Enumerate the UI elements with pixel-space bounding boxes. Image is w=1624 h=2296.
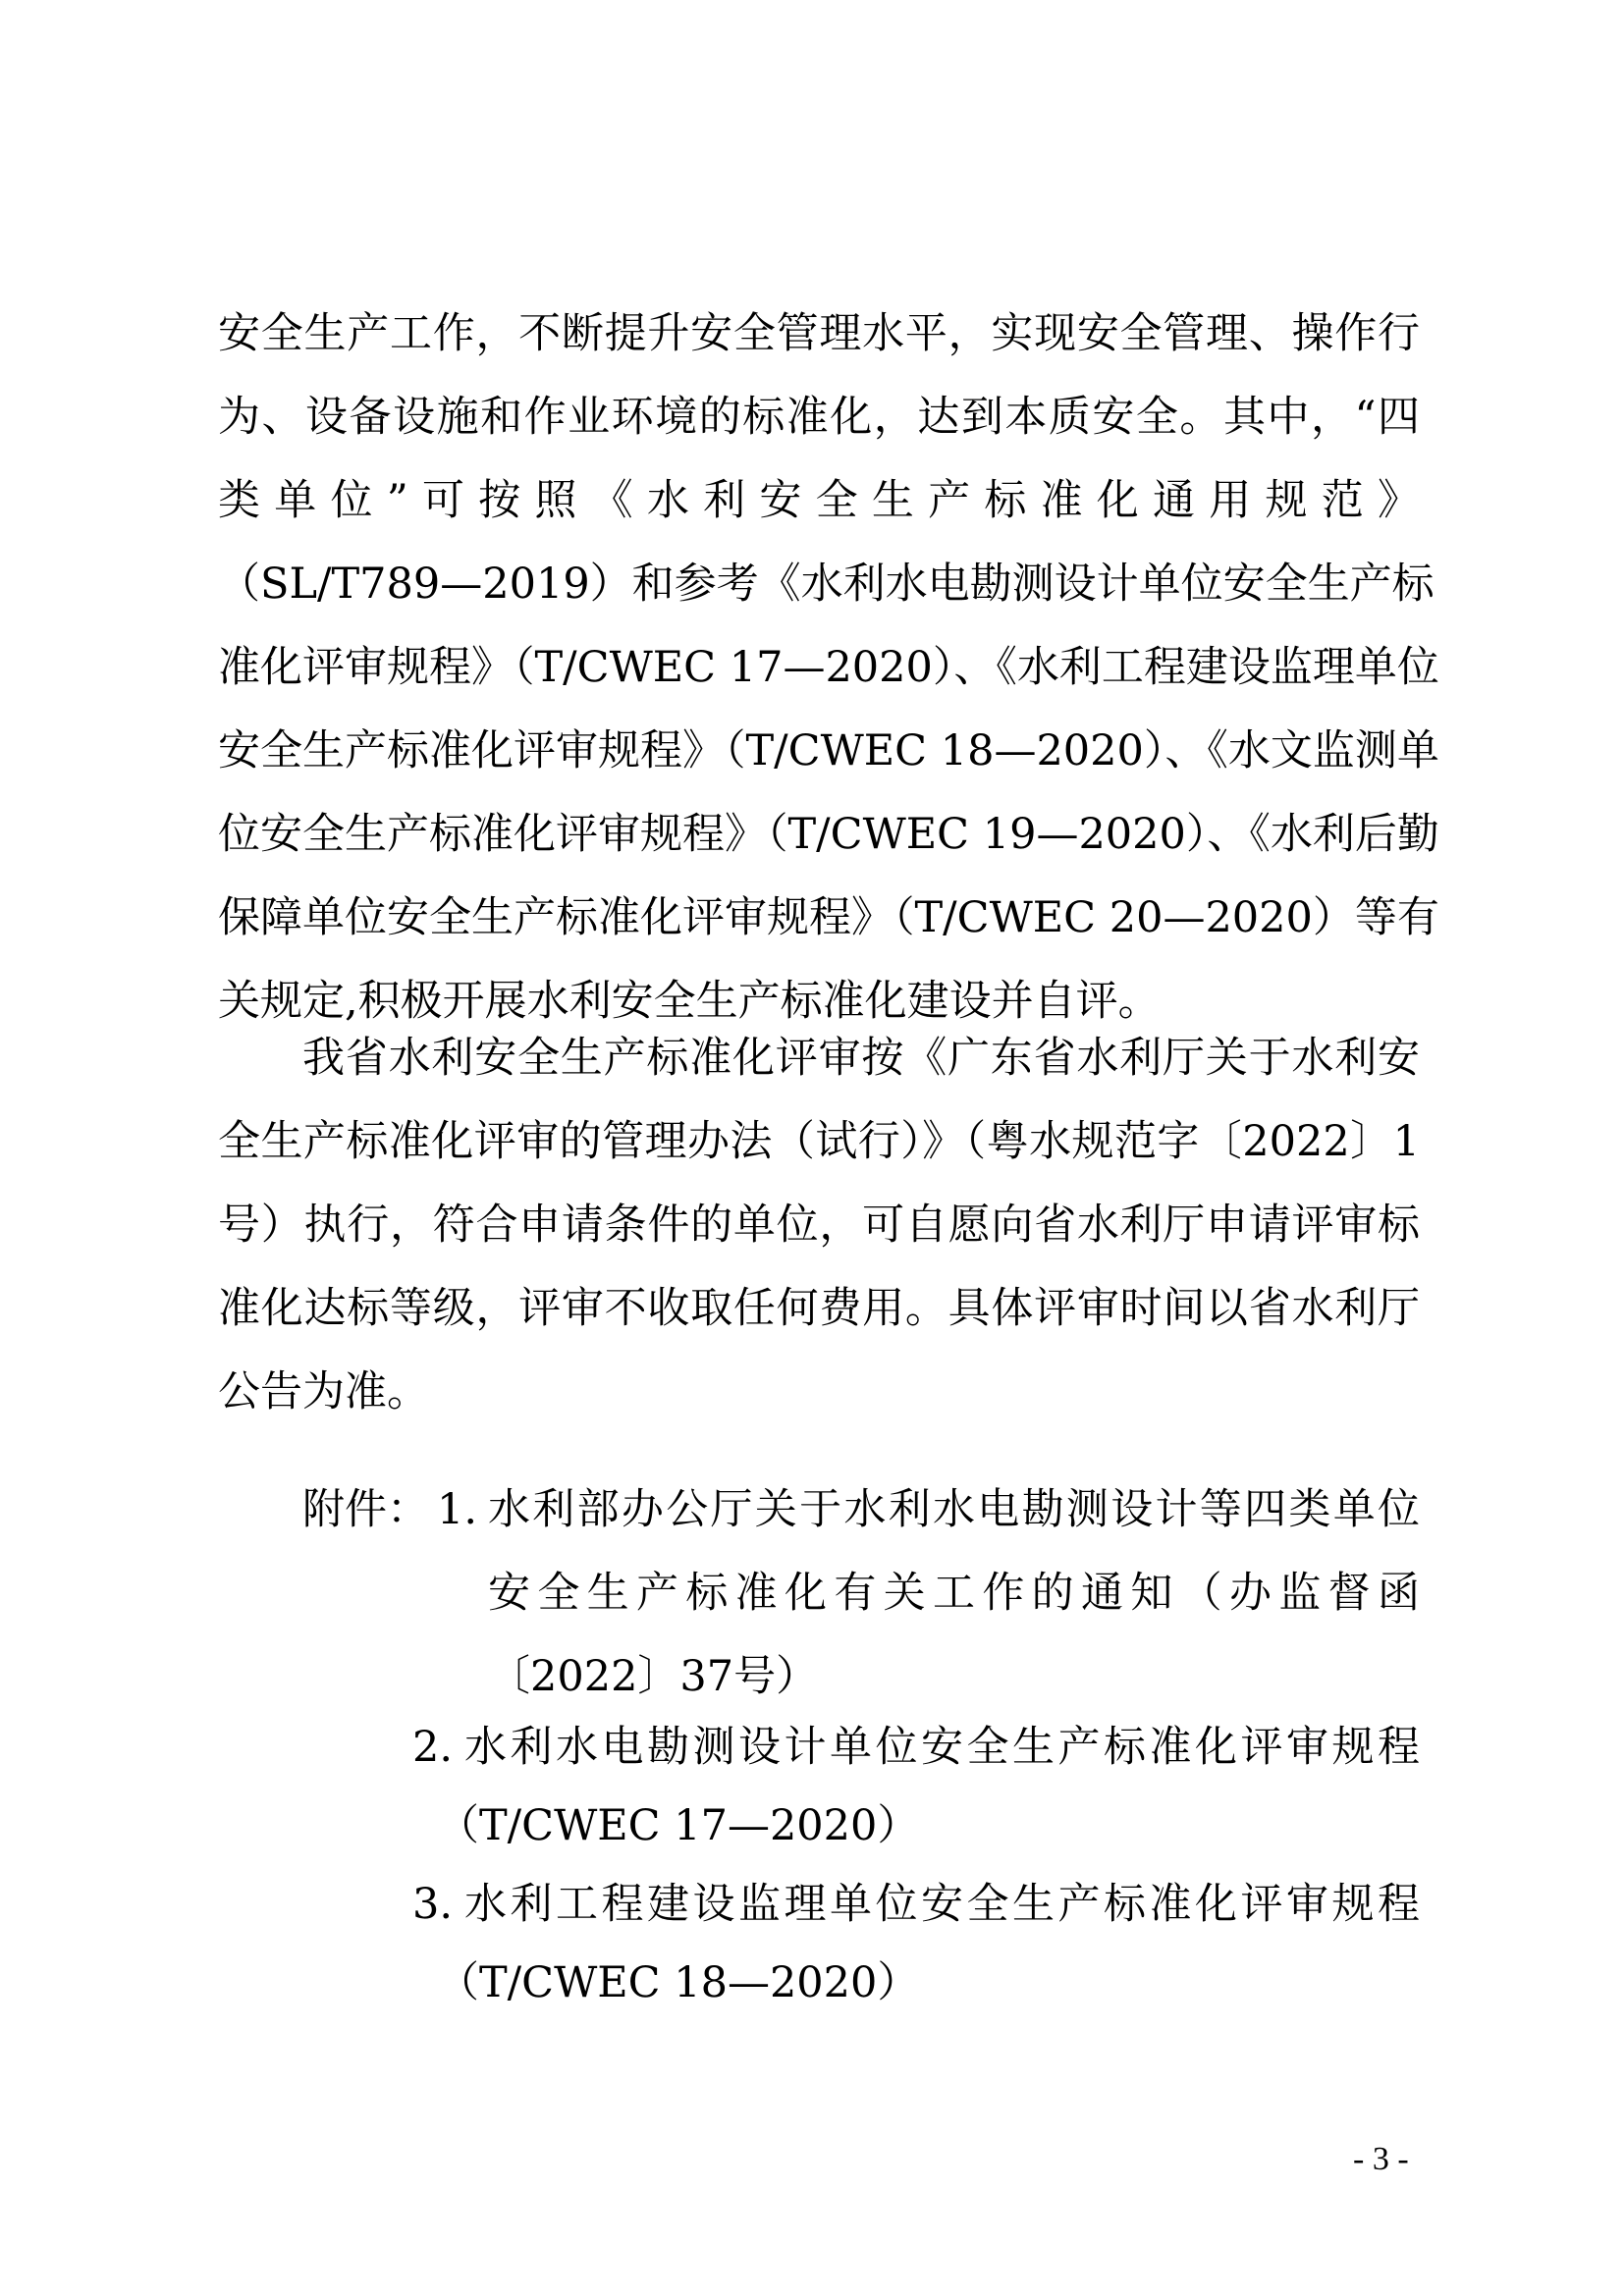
- page-number: - 3 -: [1353, 2140, 1409, 2179]
- paragraph-line: 为、设备设施和作业环境的标准化，达到本质安全。其中，“四: [218, 390, 1420, 445]
- paragraph-line: 号）执行，符合申请条件的单位，可自愿向省水利厅申请评审标: [218, 1198, 1420, 1253]
- attachment-line: 水利部办公厅关于水利水电勘测设计等四类单位: [488, 1482, 1420, 1537]
- attachment-number: 2.: [412, 1720, 453, 1775]
- attachment-line: （T/CWEC 18—2020）: [437, 1955, 919, 2010]
- attachment-line: 安全生产标准化有关工作的通知（办监督函: [488, 1566, 1420, 1621]
- attachments-label: 附件：: [302, 1482, 429, 1537]
- paragraph-line: 我省水利安全生产标准化评审按《广东省水利厅关于水利安: [302, 1031, 1420, 1086]
- attachment-line: 水利工程建设监理单位安全生产标准化评审规程: [464, 1877, 1420, 1932]
- paragraph-line: 安全生产标准化评审规程》（T/CWEC 18—2020）、《水文监测单: [218, 723, 1420, 778]
- attachment-number: 1.: [437, 1482, 477, 1537]
- paragraph-line: 关规定,积极开展水利安全生产标准化建设并自评。: [218, 974, 1420, 1029]
- paragraph-line: 公告为准。: [218, 1364, 1420, 1419]
- attachment-line: 〔2022〕37号）: [488, 1649, 818, 1704]
- attachment-number: 3.: [412, 1877, 453, 1932]
- paragraph-line: 安全生产工作，不断提升安全管理水平，实现安全管理、操作行: [218, 306, 1420, 361]
- paragraph-line: 准化评审规程》（T/CWEC 17—2020）、《水利工程建设监理单位: [218, 640, 1420, 695]
- document-page: 安全生产工作，不断提升安全管理水平，实现安全管理、操作行 为、设备设施和作业环境…: [0, 0, 1624, 2296]
- attachment-line: 水利水电勘测设计单位安全生产标准化评审规程: [464, 1720, 1420, 1775]
- attachment-line: （T/CWEC 17—2020）: [437, 1798, 919, 1853]
- paragraph-line: 全生产标准化评审的管理办法（试行）》（粤水规范字〔2022〕1: [218, 1114, 1420, 1169]
- paragraph-line: 准化达标等级，评审不收取任何费用。具体评审时间以省水利厅: [218, 1281, 1420, 1336]
- paragraph-line: 类单位”可按照《水利安全生产标准化通用规范》: [218, 473, 1420, 528]
- paragraph-line: 位安全生产标准化评审规程》（T/CWEC 19—2020）、《水利后勤: [218, 807, 1420, 862]
- paragraph-line: 保障单位安全生产标准化评审规程》（T/CWEC 20—2020）等有: [218, 890, 1420, 945]
- paragraph-line: （SL/T789—2019）和参考《水利水电勘测设计单位安全生产标: [218, 557, 1420, 612]
